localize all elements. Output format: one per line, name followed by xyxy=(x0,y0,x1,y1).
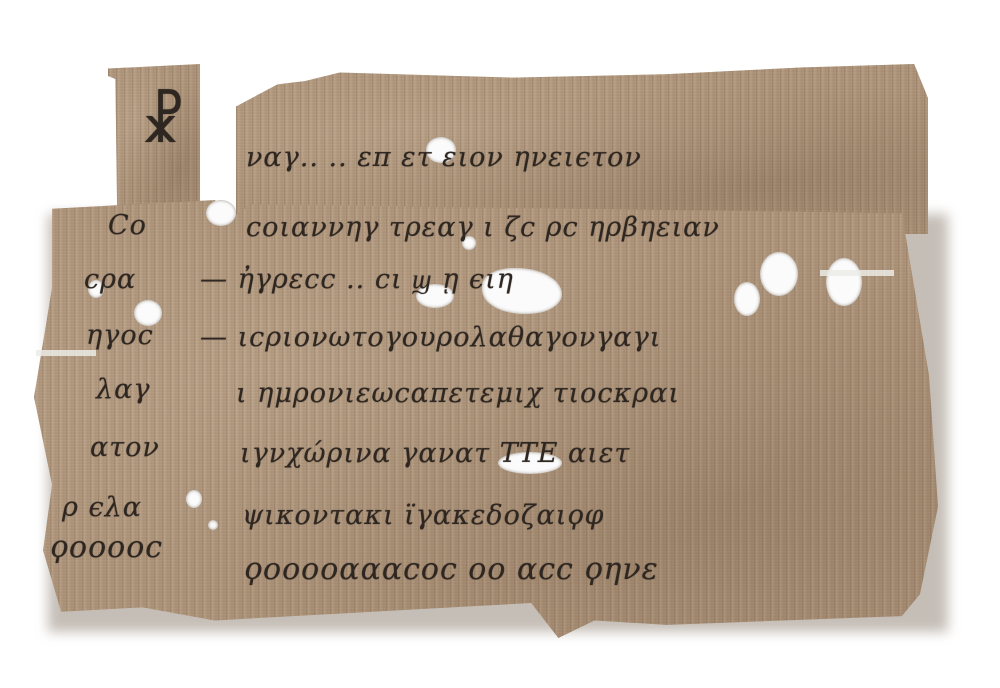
hole xyxy=(206,200,236,226)
hole xyxy=(760,252,798,296)
photo: ☧ Ϲο ϲρα ηγοϲ λαγ ατον ρ ϵλα ϙοοοοϲ ναγ.… xyxy=(0,0,1000,688)
text-line-4: — ιϲριονωτογουρολαθαγονγαγι xyxy=(200,322,661,353)
text-line-3: — ἠγρεϲϲ .. ϲι ϣ ῃ ϵιη xyxy=(200,264,514,295)
margin-line: λαγ xyxy=(96,374,150,405)
margin-line: ατον xyxy=(90,432,160,463)
hole xyxy=(826,258,862,306)
hole xyxy=(734,282,760,316)
tape-strip xyxy=(820,270,894,276)
text-line-7: ψικοντακι ϊγακεδοζαιϙφ xyxy=(242,500,604,531)
monogram: ☧ xyxy=(140,88,186,156)
text-line-2: ϲοιαννηγ τρεαγ ι ζϲ ρϲ ηρβηειαν xyxy=(246,212,720,243)
text-line-6: ιγνχώρινα γανατ ΤΤΕ αιετ xyxy=(240,438,630,469)
text-line-8: ϙοοοοαααϲοϲ οο αϲϲ ϙηνε xyxy=(244,552,659,587)
margin-line: ρ ϵλα xyxy=(62,492,142,523)
hole xyxy=(186,490,202,508)
text-line-1: ναγ.. .. επ ετ ειον ηνειϵτον xyxy=(246,142,642,173)
margin-line: ϙοοοοϲ xyxy=(50,530,163,565)
margin-line: ηγοϲ xyxy=(86,320,154,351)
margin-line: Ϲο xyxy=(108,210,147,241)
margin-line: ϲρα xyxy=(84,264,136,295)
hole xyxy=(208,520,218,530)
text-line-5: ι ημρονιεωϲαπετεμιχ τιοϲκραι xyxy=(236,378,680,409)
